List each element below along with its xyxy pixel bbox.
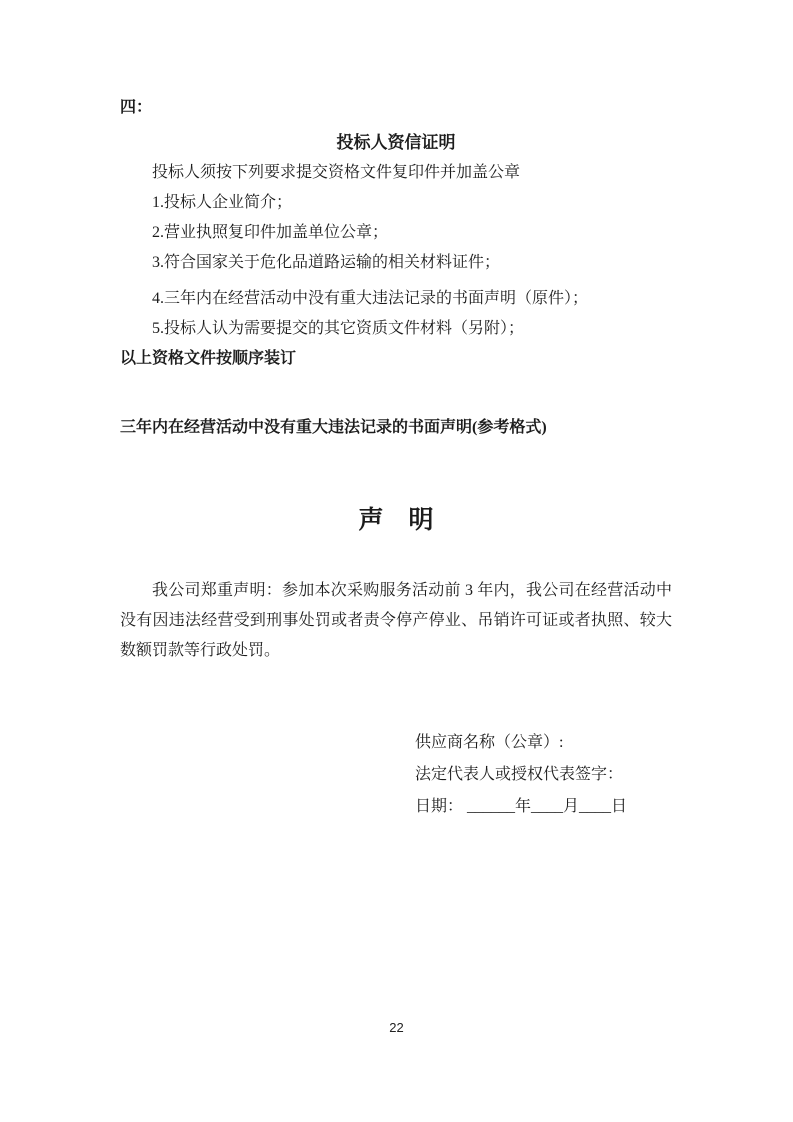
page-number: 22	[0, 1020, 793, 1035]
section-label: 四：	[120, 93, 672, 123]
supplier-name-line: 供应商名称（公章）:	[415, 727, 672, 759]
binding-note: 以上资格文件按顺序装订	[120, 344, 672, 374]
declaration-body: 我公司郑重声明：参加本次采购服务活动前 3 年内，我公司在经营活动中没有因违法经…	[120, 576, 672, 666]
requirement-item-4: 4.三年内在经营活动中没有重大违法记录的书面声明（原件）；	[120, 284, 672, 314]
requirement-item-5: 5.投标人认为需要提交的其它资质文件材料（另附）；	[120, 314, 672, 344]
requirement-item-2: 2.营业执照复印件加盖单位公章；	[120, 218, 672, 248]
declaration-heading: 三年内在经营活动中没有重大违法记录的书面声明(参考格式)	[120, 413, 672, 443]
declaration-title: 声 明	[120, 503, 672, 539]
signature-block: 供应商名称（公章）: 法定代表人或授权代表签字： 日期： ______年____…	[415, 727, 672, 823]
requirement-item-3: 3.符合国家关于危化品道路运输的相关材料证件；	[120, 248, 672, 278]
representative-signature-line: 法定代表人或授权代表签字：	[415, 759, 672, 791]
intro-line: 投标人须按下列要求提交资格文件复印件并加盖公章	[120, 158, 672, 188]
requirement-item-1: 1.投标人企业简介；	[120, 188, 672, 218]
date-line: 日期： ______年____月____日	[415, 791, 672, 823]
document-title: 投标人资信证明	[120, 128, 672, 158]
document-content: 四： 投标人资信证明 投标人须按下列要求提交资格文件复印件并加盖公章 1.投标人…	[120, 93, 672, 823]
document-page: 四： 投标人资信证明 投标人须按下列要求提交资格文件复印件并加盖公章 1.投标人…	[0, 0, 793, 1122]
